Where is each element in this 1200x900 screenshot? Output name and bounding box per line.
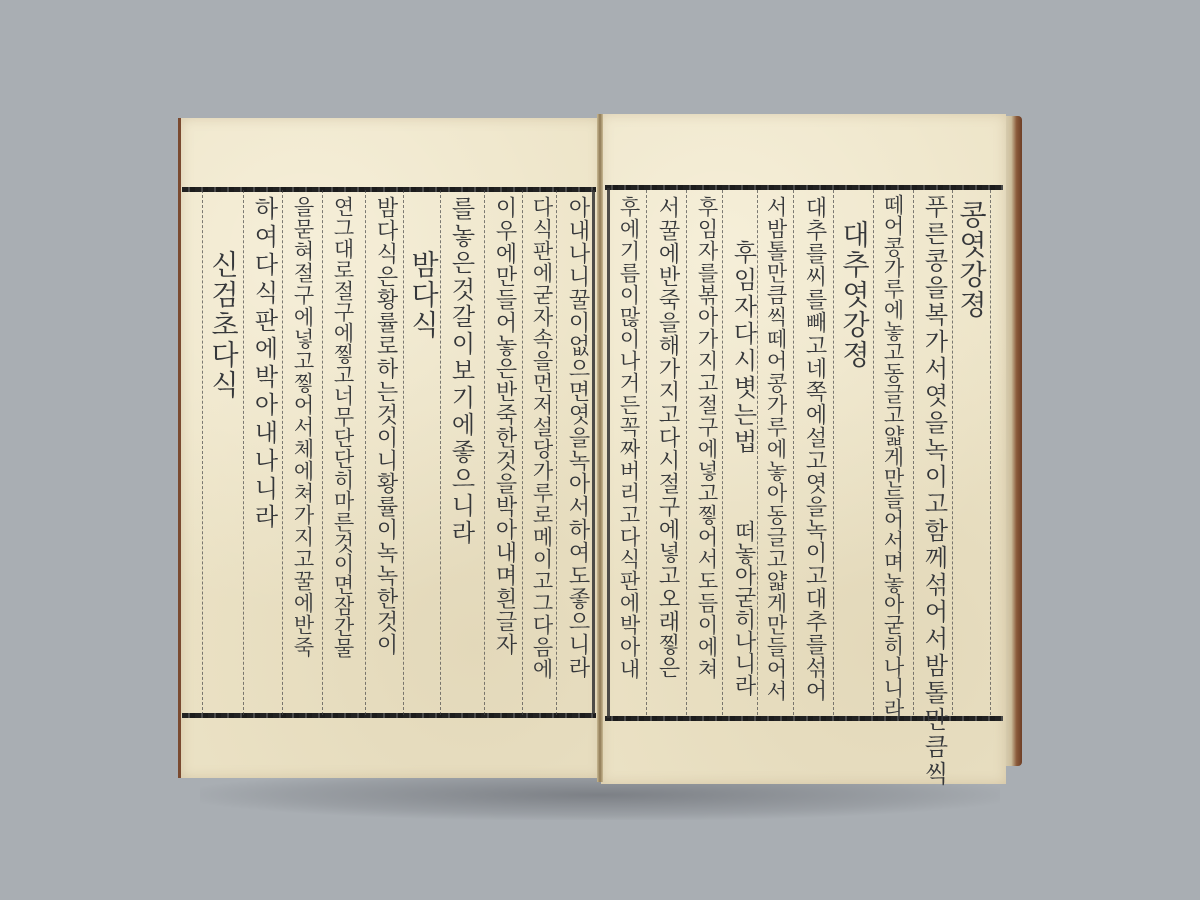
text-column: 푸른콩을복가서엿을녹이고함께섞어서밤톨만큼씩 [917,194,951,788]
column-divider [646,190,647,715]
text-column: 후에기름이많이나거든꼭짜버리고다식판에박아내 [612,196,646,680]
text-column: 하여다식판에박아내나니라 [247,196,281,532]
book-gutter [597,114,603,782]
book-cover-edge [1004,116,1022,766]
column-divider [202,190,203,715]
column-divider [686,190,687,715]
right-frame-line [607,188,610,718]
text-column: 서밤톨만큼씩떼어콩가루에놓아동글고얇게만들어서 [759,196,793,702]
text-column: 대추를씨를빼고네쪽에설고엿을녹이고대추를섞어 [797,196,831,702]
column-divider [873,190,874,715]
text-column: 밤다식은황률로하는것이니황률이녹녹한것이 [368,196,402,656]
heading-huimja-dasik: 후임자다시볏는법 [726,240,760,456]
column-divider [282,190,283,715]
text-column: 를놓은것갈이보기에좋으니라 [444,196,478,547]
heading-bam-dasik: 밤다식 [406,250,440,340]
column-divider [322,190,323,715]
text-column: 을묻혀절구에넣고찧어서체에쳐가지고꿀에반죽 [286,196,320,658]
text-column: 다식판에굳자속을먼저설당가루로메이고그다음에 [525,196,559,680]
column-divider [440,190,441,715]
heading-daechu-yeot-gangjeong: 대추엿강졍 [837,220,871,370]
text-column: 아내나니꿀이없으면엿을녹아서하여도좋으니라 [560,196,594,679]
text-column: 후임자를볶아가지고절구에넣고찧어서도듬이에쳐 [690,196,724,680]
text-column: 이우에만들어놓은반죽한것을박아내며흰글자 [487,196,521,656]
column-divider [243,190,244,715]
text-column: 서꿀에반죽을해가지고다시절구에넣고오래찧은 [650,196,684,679]
text-column: 연그대로절구에찧고너무단단히마른것이면잠간물 [326,196,360,658]
right-top-border [605,185,1003,190]
text-column: 떠놓아굳히나니라 [726,520,760,696]
heading-kongyeot-gangjeong: 콩엿강졍 [954,200,988,320]
column-divider [952,190,953,715]
column-divider [990,190,991,715]
column-divider [793,190,794,715]
column-divider [913,190,914,715]
heading-singeomcho-dasik: 신검초다식 [206,250,240,400]
column-divider [833,190,834,715]
left-top-border [182,187,596,192]
column-divider [484,190,485,715]
column-divider [403,190,404,715]
column-divider [522,190,523,715]
text-column: 떼어콩가루에놓고동글고얇게만들어서며놓아굳히나니라 [876,194,910,719]
left-bottom-border [182,713,596,718]
column-divider [365,190,366,715]
